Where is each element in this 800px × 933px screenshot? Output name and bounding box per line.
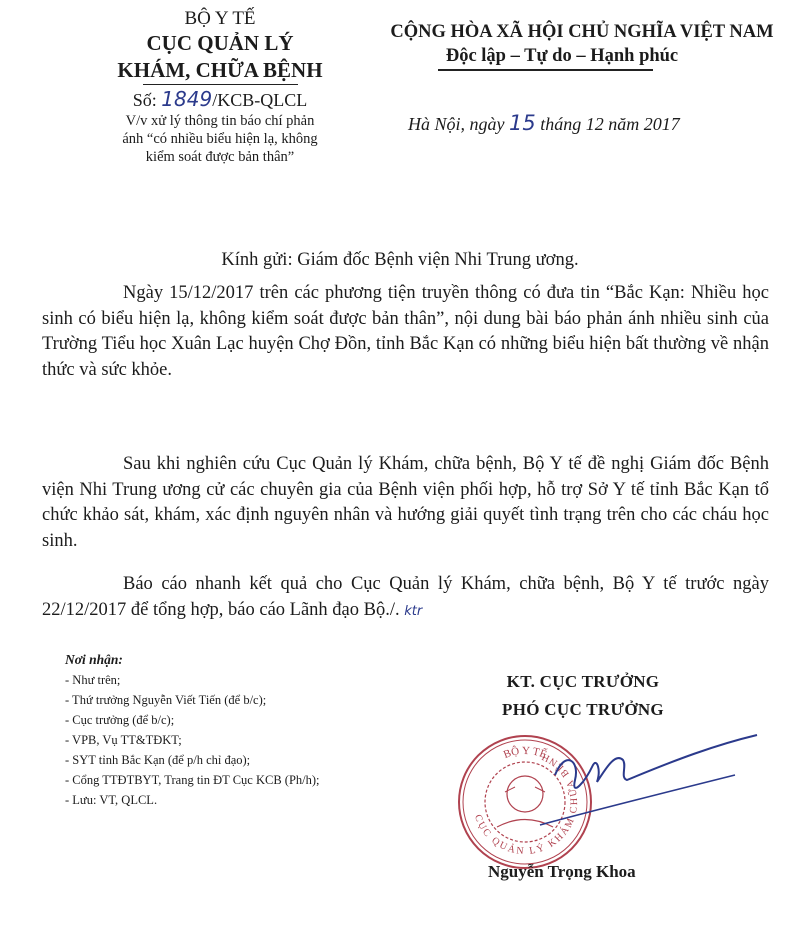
signature-title-block: KT. CỤC TRƯỞNG PHÓ CỤC TRƯỞNG bbox=[458, 668, 708, 724]
document-number-prefix: Số: bbox=[133, 90, 162, 110]
department-name-line2: KHÁM, CHỮA BỆNH bbox=[70, 57, 370, 84]
recipient-item: - Như trên; bbox=[65, 670, 425, 690]
handwritten-signature-icon bbox=[535, 720, 765, 830]
document-number: Số: 1849/KCB-QLCL bbox=[70, 87, 370, 112]
addressee: Kính gửi: Giám đốc Bệnh viện Nhi Trung ư… bbox=[0, 250, 800, 271]
issuing-authority-header: BỘ Y TẾ CỤC QUẢN LÝ KHÁM, CHỮA BỆNH Số: … bbox=[70, 8, 370, 166]
body-paragraph-3: Báo cáo nhanh kết quả cho Cục Quản lý Kh… bbox=[42, 572, 769, 624]
place-date-prefix: Hà Nội, ngày bbox=[408, 114, 509, 134]
motto-underline bbox=[438, 69, 653, 71]
recipient-item: - Lưu: VT, QLCL. bbox=[65, 790, 425, 810]
signature-title-line1: KT. CỤC TRƯỞNG bbox=[458, 668, 708, 696]
ministry-name: BỘ Y TẾ bbox=[70, 8, 370, 30]
department-underline bbox=[143, 84, 298, 85]
subject-line: V/v xử lý thông tin báo chí phản bbox=[93, 112, 348, 130]
subject-line: ánh “có nhiều biểu hiện lạ, không bbox=[93, 130, 348, 148]
recipient-item: - VPB, Vụ TT&TĐKT; bbox=[65, 730, 425, 750]
place-date-suffix: tháng 12 năm 2017 bbox=[536, 114, 680, 134]
national-header: CỘNG HÒA XÃ HỘI CHỦ NGHĨA VIỆT NAM Độc l… bbox=[382, 20, 782, 71]
subject-line: kiểm soát được bản thân” bbox=[93, 148, 348, 166]
recipients-title: Nơi nhận: bbox=[65, 649, 425, 670]
department-name-line1: CỤC QUẢN LÝ bbox=[70, 30, 370, 57]
recipient-item: - Cục trưởng (để b/c); bbox=[65, 710, 425, 730]
body-paragraph-1: Ngày 15/12/2017 trên các phương tiện tru… bbox=[42, 281, 769, 383]
document-number-handwritten: 1849 bbox=[161, 87, 212, 111]
recipients-list: Nơi nhận: - Như trên; - Thứ trưởng Nguyễ… bbox=[65, 649, 425, 810]
place-and-date: Hà Nội, ngày 15 tháng 12 năm 2017 bbox=[408, 111, 680, 135]
recipient-item: - Thứ trưởng Nguyễn Viết Tiến (để b/c); bbox=[65, 690, 425, 710]
body-paragraph-2: Sau khi nghiên cứu Cục Quản lý Khám, chữ… bbox=[42, 452, 769, 554]
handwritten-initial: ktr bbox=[404, 604, 422, 619]
recipient-item: - SYT tỉnh Bắc Kạn (để p/h chỉ đạo); bbox=[65, 750, 425, 770]
day-handwritten: 15 bbox=[509, 111, 536, 135]
document-subject: V/v xử lý thông tin báo chí phản ánh “có… bbox=[93, 112, 348, 166]
signer-name: Nguyễn Trọng Khoa bbox=[488, 862, 636, 882]
nation-title: CỘNG HÒA XÃ HỘI CHỦ NGHĨA VIỆT NAM bbox=[382, 20, 782, 44]
recipient-item: - Cổng TTĐTBYT, Trang tin ĐT Cục KCB (Ph… bbox=[65, 770, 425, 790]
document-number-suffix: /KCB-QLCL bbox=[212, 90, 307, 110]
national-motto: Độc lập – Tự do – Hạnh phúc bbox=[342, 44, 782, 68]
